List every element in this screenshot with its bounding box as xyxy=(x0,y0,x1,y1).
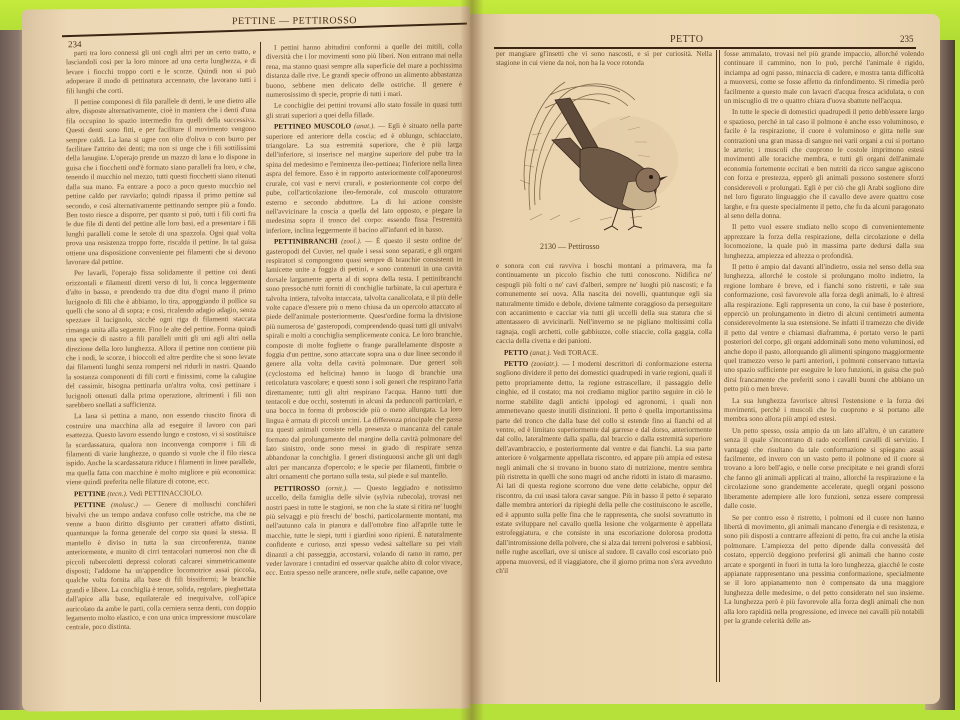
entry-term: PETTO xyxy=(504,360,528,368)
paragraph: La sua lunghezza favorisce altresì l'est… xyxy=(724,397,924,425)
paragraph: Il petto è ampio dal davanti all'indietr… xyxy=(724,263,924,395)
entry: PETTINIBRANCHI (zool.). — È questo il se… xyxy=(266,237,462,483)
entry: PETTO (anat.). Vedi TORACE. xyxy=(496,349,712,358)
entry-tag: (anat.). xyxy=(530,349,551,357)
entry: PETTO (zooiatr.). — I moderni descrittor… xyxy=(496,360,712,576)
paragraph: Se per contro esso è ristretto, i polmon… xyxy=(724,514,924,627)
right-page-column-2: fosse ammalato, trovasi nel più grande i… xyxy=(724,50,924,690)
column-divider xyxy=(719,50,720,682)
entry-term: PETTO xyxy=(504,349,528,357)
entry-text: Vedi TORACE. xyxy=(553,349,598,357)
column-divider xyxy=(716,50,717,682)
running-head-left: PETTINE — PETTIROSSO xyxy=(232,15,357,27)
entry-term: PETTINE xyxy=(74,501,106,509)
robin-engraving-illustration xyxy=(510,70,685,235)
entry-tag: (ornit.). xyxy=(326,484,348,492)
left-page: PETTINE — PETTIROSSO 234 parti tra loro … xyxy=(22,6,470,711)
entry: PETTINE (tecn.). Vedi PETTINACCIOLO. xyxy=(66,489,256,500)
entry-text: — Questo leggiadro e notissimo uccello, … xyxy=(266,483,462,577)
entry-tag: (tecn.). xyxy=(107,490,127,498)
paragraph: Le conchiglie dei pettini trovansi allo … xyxy=(266,101,462,121)
entry-text: — Egli è situato nella parte superiore e… xyxy=(266,122,462,235)
entry-tag: (anat.). xyxy=(354,122,375,130)
left-page-column-2: I pettini hanno abitudini conformi a que… xyxy=(266,42,462,707)
column-divider xyxy=(260,42,261,702)
entry-term: PETTINEO MUSCOLO xyxy=(274,123,351,132)
header-rule-right xyxy=(494,47,916,49)
figure-caption: 2130 — Pettirosso xyxy=(540,242,600,251)
entry-term: PETTIROSSO xyxy=(274,484,320,492)
paragraph: I pettini hanno abitudini conformi a que… xyxy=(266,42,462,100)
entry-text: — Genere di molluschi conchiferi bivalvi… xyxy=(66,500,256,632)
entry-term: PETTINIBRANCHI xyxy=(274,237,338,245)
entry-tag: (zool.). xyxy=(341,237,361,245)
entry: PETTINE (molusc.) — Genere di molluschi … xyxy=(66,500,256,633)
left-page-column-1: parti tra loro connessi gli uni cogli al… xyxy=(66,48,256,709)
paragraph: per mangiare gl'insetti che vi sono nasc… xyxy=(496,50,712,69)
entry: PETTINEO MUSCOLO (anat.). — Egli è situa… xyxy=(266,122,462,236)
right-page-column-1: e sonora con cui ravviva i boschi montan… xyxy=(496,262,712,692)
page-number-right: 235 xyxy=(900,34,914,44)
entry-tag: (molusc.) xyxy=(111,501,138,509)
paragraph: parti tra loro connessi gli uni cogli al… xyxy=(66,48,256,96)
paragraph: e sonora con cui ravviva i boschi montan… xyxy=(496,262,712,347)
paragraph: Un petto spesso, ossia ampio da un lato … xyxy=(724,427,924,512)
running-head-right: PETTO xyxy=(670,34,703,45)
entry-term: PETTINE xyxy=(74,490,106,498)
page-number-left: 234 xyxy=(68,39,82,49)
entry-text: — È questo il sesto ordine de' gasteropo… xyxy=(266,237,462,482)
book-gutter-shadow xyxy=(460,0,484,720)
entry: PETTIROSSO (ornit.). — Questo leggiadro … xyxy=(266,483,462,578)
entry-text: — I moderni descrittori di conformazione… xyxy=(496,360,712,575)
paragraph: Il petto vuol essere studiato nello scop… xyxy=(724,223,924,261)
paragraph: fosse ammalato, trovasi nel più grande i… xyxy=(724,50,924,106)
paragraph: Per lavarli, l'operajo fissa solidamente… xyxy=(66,268,256,410)
entry-tag: (zooiatr.). xyxy=(531,360,559,368)
paragraph: Il pettine componesi di fila parallele d… xyxy=(66,97,256,268)
entry-text: Vedi PETTINACCIOLO. xyxy=(129,489,202,498)
paragraph: In tutte le specie di domestici quadrupe… xyxy=(724,108,924,221)
paragraph: La lana si pettina a mano, non essendo r… xyxy=(66,411,256,488)
